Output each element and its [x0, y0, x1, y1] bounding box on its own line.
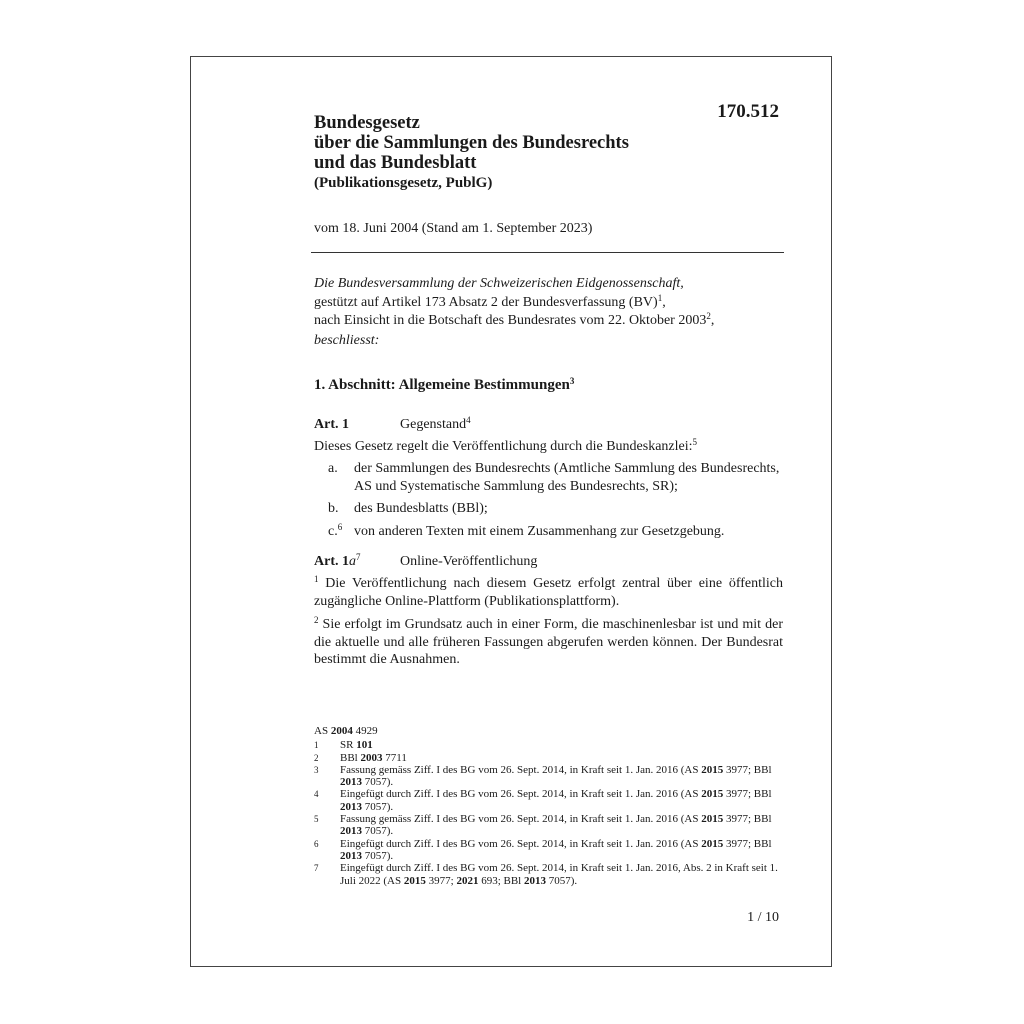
preamble-message: nach Einsicht in die Botschaft des Bunde…: [314, 312, 714, 331]
footnote-text: Eingefügt durch Ziff. I des BG vom 26. S…: [340, 788, 783, 813]
article-number: Art. 1a7: [314, 554, 400, 570]
preamble-message-text: nach Einsicht in die Botschaft des Bunde…: [314, 313, 706, 328]
document-title: Bundesgesetz über die Sammlungen des Bun…: [314, 113, 629, 173]
bold-ref: 2015: [701, 788, 723, 800]
short-title: (Publikationsgesetz, PublG): [314, 175, 492, 192]
src-prefix: AS: [314, 725, 331, 737]
article-title: Online-Veröffentlichung: [400, 554, 537, 570]
bold-ref: 2021: [456, 875, 478, 887]
list-item: b.des Bundesblatts (BBl);: [314, 500, 783, 518]
footnote-text: BBl 2003 7711: [340, 752, 783, 764]
footnote-ref[interactable]: 5: [693, 437, 698, 447]
list-label: b.: [314, 500, 354, 518]
bold-ref: 2013: [524, 875, 546, 887]
list-text: von anderen Texten mit einem Zusammenhan…: [354, 523, 783, 541]
bold-ref: 101: [356, 739, 373, 751]
article-1-list: a.der Sammlungen des Bundesrechts (Amtli…: [314, 460, 783, 545]
bold-ref: 2013: [340, 776, 362, 788]
page-number: 1 / 10: [747, 910, 779, 926]
section-heading: 1. Abschnitt: Allgemeine Bestimmungen3: [314, 377, 574, 394]
footnote-number: 6: [314, 838, 340, 863]
footnote-number: 2: [314, 752, 340, 764]
bold-ref: 2015: [701, 813, 723, 825]
footnote-number: 7: [314, 862, 340, 887]
article-number-text: Art. 1: [314, 554, 349, 569]
article-1-heading: Art. 1 Gegenstand4: [314, 417, 471, 433]
paragraph-number: 1: [314, 574, 319, 584]
list-text: der Sammlungen des Bundesrechts (Amtlich…: [354, 460, 783, 495]
paragraph: 2 Sie erfolgt im Grundsatz auch in einer…: [314, 616, 783, 669]
punct: ,: [662, 295, 666, 310]
title-line: und das Bundesblatt: [314, 153, 629, 173]
list-label: c.6: [314, 523, 354, 541]
bold-ref: 2015: [701, 838, 723, 850]
preamble-basis-text: gestützt auf Artikel 173 Absatz 2 der Bu…: [314, 295, 658, 310]
preamble-decision: beschliesst:: [314, 332, 714, 351]
footnote-number: 4: [314, 788, 340, 813]
paragraph: 1 Die Veröffentlichung nach diesem Geset…: [314, 575, 783, 610]
list-label: a.: [314, 460, 354, 495]
article-1a-heading: Art. 1a7 Online-Veröffentlichung: [314, 554, 537, 570]
document-page: 170.512 Bundesgesetz über die Sammlungen…: [190, 56, 832, 967]
section-title: 1. Abschnitt: Allgemeine Bestimmungen: [314, 377, 570, 393]
footnote: 7Eingefügt durch Ziff. I des BG vom 26. …: [314, 862, 783, 887]
article-1a-paragraphs: 1 Die Veröffentlichung nach diesem Geset…: [314, 575, 783, 675]
preamble-basis: gestützt auf Artikel 173 Absatz 2 der Bu…: [314, 294, 714, 313]
src-page: 4929: [353, 725, 378, 737]
article-number-suffix: a: [349, 554, 356, 569]
bold-ref: 2013: [340, 825, 362, 837]
src-year: 2004: [331, 725, 353, 737]
footnote-ref[interactable]: 6: [338, 522, 343, 532]
footnote-text: Fassung gemäss Ziff. I des BG vom 26. Se…: [340, 813, 783, 838]
article-number: Art. 1: [314, 417, 400, 433]
footnote: 2BBl 2003 7711: [314, 752, 783, 764]
bold-ref: 2003: [360, 752, 382, 764]
footnote-ref[interactable]: 3: [570, 376, 575, 386]
date-line: vom 18. Juni 2004 (Stand am 1. September…: [314, 221, 592, 237]
title-line: Bundesgesetz: [314, 113, 629, 133]
footnote-text: Fassung gemäss Ziff. I des BG vom 26. Se…: [340, 764, 783, 789]
footnotes: AS 2004 4929 1SR 1012BBl 2003 77113Fassu…: [314, 725, 783, 887]
footnote-ref[interactable]: 7: [356, 552, 361, 562]
list-item: a.der Sammlungen des Bundesrechts (Amtli…: [314, 460, 783, 495]
title-line: über die Sammlungen des Bundesrechts: [314, 133, 629, 153]
intro-text: Dieses Gesetz regelt die Veröffentlichun…: [314, 439, 693, 454]
footnote-list: 1SR 1012BBl 2003 77113Fassung gemäss Zif…: [314, 739, 783, 887]
source-reference: AS 2004 4929: [314, 725, 783, 737]
punct: ,: [711, 313, 715, 328]
article-title: Gegenstand4: [400, 417, 471, 433]
header-divider: [311, 252, 784, 253]
footnote-ref[interactable]: 4: [466, 415, 471, 425]
preamble-issuer: Die Bundesversammlung der Schweizerische…: [314, 275, 714, 294]
footnote: 3Fassung gemäss Ziff. I des BG vom 26. S…: [314, 764, 783, 789]
preamble: Die Bundesversammlung der Schweizerische…: [314, 275, 714, 350]
article-1-intro: Dieses Gesetz regelt die Veröffentlichun…: [314, 438, 783, 456]
bold-ref: 2013: [340, 850, 362, 862]
article-title-text: Gegenstand: [400, 417, 466, 432]
bold-ref: 2015: [404, 875, 426, 887]
document-number: 170.512: [717, 101, 779, 123]
footnote: 1SR 101: [314, 739, 783, 751]
footnote-number: 1: [314, 739, 340, 751]
list-text: des Bundesblatts (BBl);: [354, 500, 783, 518]
bold-ref: 2013: [340, 801, 362, 813]
paragraph-number: 2: [314, 615, 319, 625]
footnote: 4Eingefügt durch Ziff. I des BG vom 26. …: [314, 788, 783, 813]
bold-ref: 2015: [701, 764, 723, 776]
footnote-number: 5: [314, 813, 340, 838]
footnote: 6Eingefügt durch Ziff. I des BG vom 26. …: [314, 838, 783, 863]
footnote-text: Eingefügt durch Ziff. I des BG vom 26. S…: [340, 838, 783, 863]
footnote-text: Eingefügt durch Ziff. I des BG vom 26. S…: [340, 862, 783, 887]
footnote: 5Fassung gemäss Ziff. I des BG vom 26. S…: [314, 813, 783, 838]
list-item: c.6von anderen Texten mit einem Zusammen…: [314, 523, 783, 541]
footnote-text: SR 101: [340, 739, 783, 751]
footnote-number: 3: [314, 764, 340, 789]
